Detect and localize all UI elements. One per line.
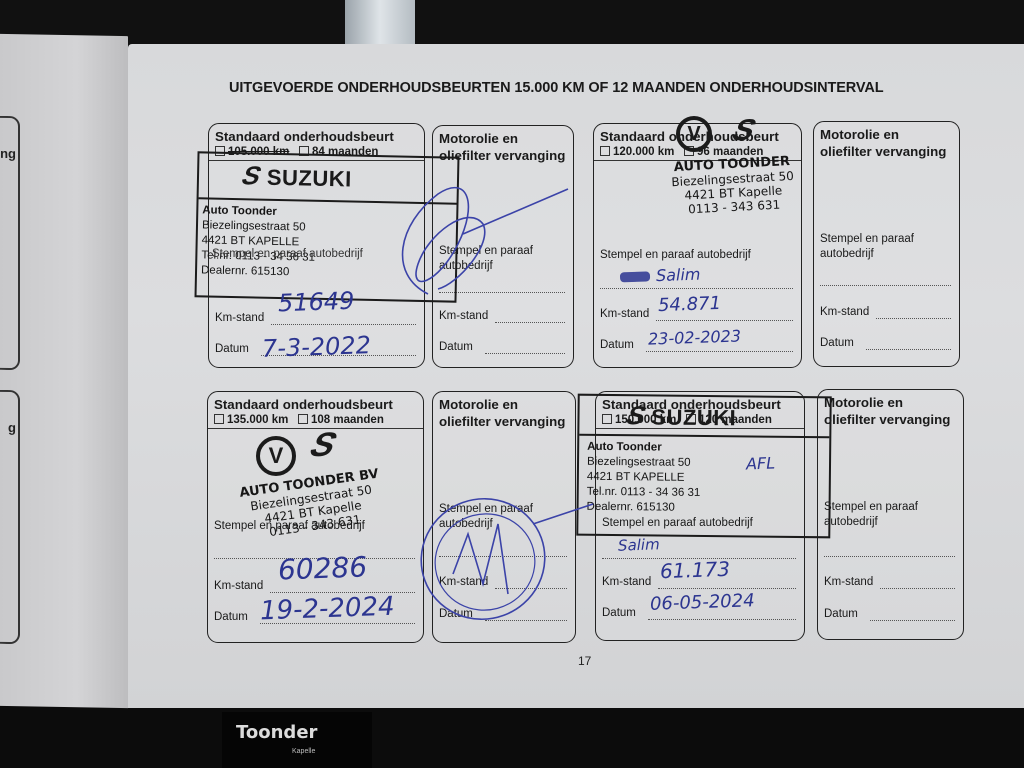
dealer-plate: Toonder Kapelle (222, 712, 372, 768)
left-page-fragment: ng (0, 146, 16, 161)
dealer-plate-city: Kapelle (292, 748, 315, 755)
handwritten-date: 23-02-2023 (648, 326, 742, 348)
date-line[interactable] (866, 348, 951, 350)
stamp-label: Stempel en paraafautobedrijf (824, 500, 918, 530)
service-cell-oil-2: Motorolie enoliefilter vervanging Stempe… (813, 121, 960, 367)
cell-heading: Motorolie enoliefilter vervanging (814, 122, 959, 160)
cell-heading: Standaard onderhoudsbeurt (208, 392, 423, 413)
left-page-fragment: g (8, 420, 16, 435)
checkbox[interactable] (298, 414, 308, 424)
v-logo-icon: V (676, 116, 712, 152)
stamp-label: Stempel en paraaf autobedrijf (212, 247, 363, 262)
date-label: Datum (820, 336, 854, 351)
cell-interval: 135.000 km 108 maanden (208, 413, 423, 428)
date-label: Datum (214, 610, 248, 625)
date-label: Datum (439, 340, 473, 355)
cell-heading: Motorolie enoliefilter vervanging (433, 392, 575, 430)
signature-line[interactable] (824, 555, 955, 557)
background-top (0, 0, 1024, 50)
signature-line[interactable] (820, 284, 951, 286)
suzuki-s-icon: S (237, 160, 267, 191)
maintenance-page: UITGEVOERDE ONDERHOUDSBEURTEN 15.000 KM … (128, 44, 1024, 708)
stamp-divider (579, 434, 829, 439)
handwritten-km: 60286 (277, 550, 367, 586)
suzuki-logo: SSUZUKI (627, 400, 736, 432)
date-line[interactable] (485, 352, 565, 354)
stamp-label: Stempel en paraafautobedrijf (820, 232, 914, 262)
date-label: Datum (824, 607, 858, 622)
stamp-label: Stempel en paraaf autobedrijf (600, 248, 751, 263)
km-label: Km-stand (214, 579, 263, 594)
handwritten-date: 7-3-2022 (262, 331, 372, 363)
cell-heading: Standaard onderhoudsbeurt (209, 124, 424, 145)
left-page-card: ng (0, 116, 20, 370)
handwritten-km: 61.173 (660, 557, 731, 583)
left-page: ng g (0, 34, 128, 708)
checkbox[interactable] (214, 414, 224, 424)
km-line[interactable] (880, 587, 955, 589)
km-label: Km-stand (820, 305, 869, 320)
km-line[interactable] (495, 321, 565, 323)
date-line[interactable] (646, 350, 793, 352)
checkbox[interactable] (600, 146, 610, 156)
date-line[interactable] (648, 618, 796, 620)
signature-line[interactable] (600, 287, 793, 289)
km-line[interactable] (271, 323, 416, 325)
suzuki-logo: SSUZUKI (243, 160, 352, 193)
handwritten-km: 51649 (278, 287, 355, 318)
date-label: Datum (215, 342, 249, 357)
suzuki-dealer-stamp: SSUZUKI Auto Toonder Biezelingsestraat 5… (576, 394, 831, 539)
v-logo-icon: V (256, 436, 296, 476)
date-label: Datum (600, 338, 634, 353)
handwritten-note: AFL (746, 453, 776, 473)
page-title: UITGEVOERDE ONDERHOUDSBEURTEN 15.000 KM … (229, 80, 939, 96)
km-label: Km-stand (600, 307, 649, 322)
signature-scribble (413, 464, 613, 634)
date-line[interactable] (870, 619, 955, 621)
stamp-address: Auto Toonder Biezelingsestraat 50 4421 B… (201, 203, 316, 280)
km-line[interactable] (656, 319, 793, 321)
cell-heading: Motorolie enoliefilter vervanging (818, 390, 963, 428)
signature-scribble (368, 164, 598, 314)
handwritten-signature: Salim (618, 535, 660, 554)
km-label: Km-stand (824, 575, 873, 590)
left-page-card: g (0, 390, 20, 644)
handwritten-km: 54.871 (658, 293, 722, 316)
handwritten-signature: Salim (620, 265, 701, 287)
km-line[interactable] (658, 587, 796, 589)
divider (208, 428, 423, 429)
auto-toonder-stamp: AUTO TOONDER Biezelingsestraat 50 4421 B… (657, 153, 810, 218)
handwritten-date: 06-05-2024 (650, 590, 755, 615)
km-label: Km-stand (215, 311, 264, 326)
km-line[interactable] (876, 317, 951, 319)
page-number: 17 (578, 654, 591, 668)
service-cell-oil-4: Motorolie enoliefilter vervanging Stempe… (817, 389, 964, 640)
metal-bracket (345, 0, 415, 45)
suzuki-s-icon: S (622, 400, 651, 431)
dealer-plate-brand: Toonder (236, 722, 317, 743)
handwritten-date: 19-2-2024 (260, 592, 396, 627)
